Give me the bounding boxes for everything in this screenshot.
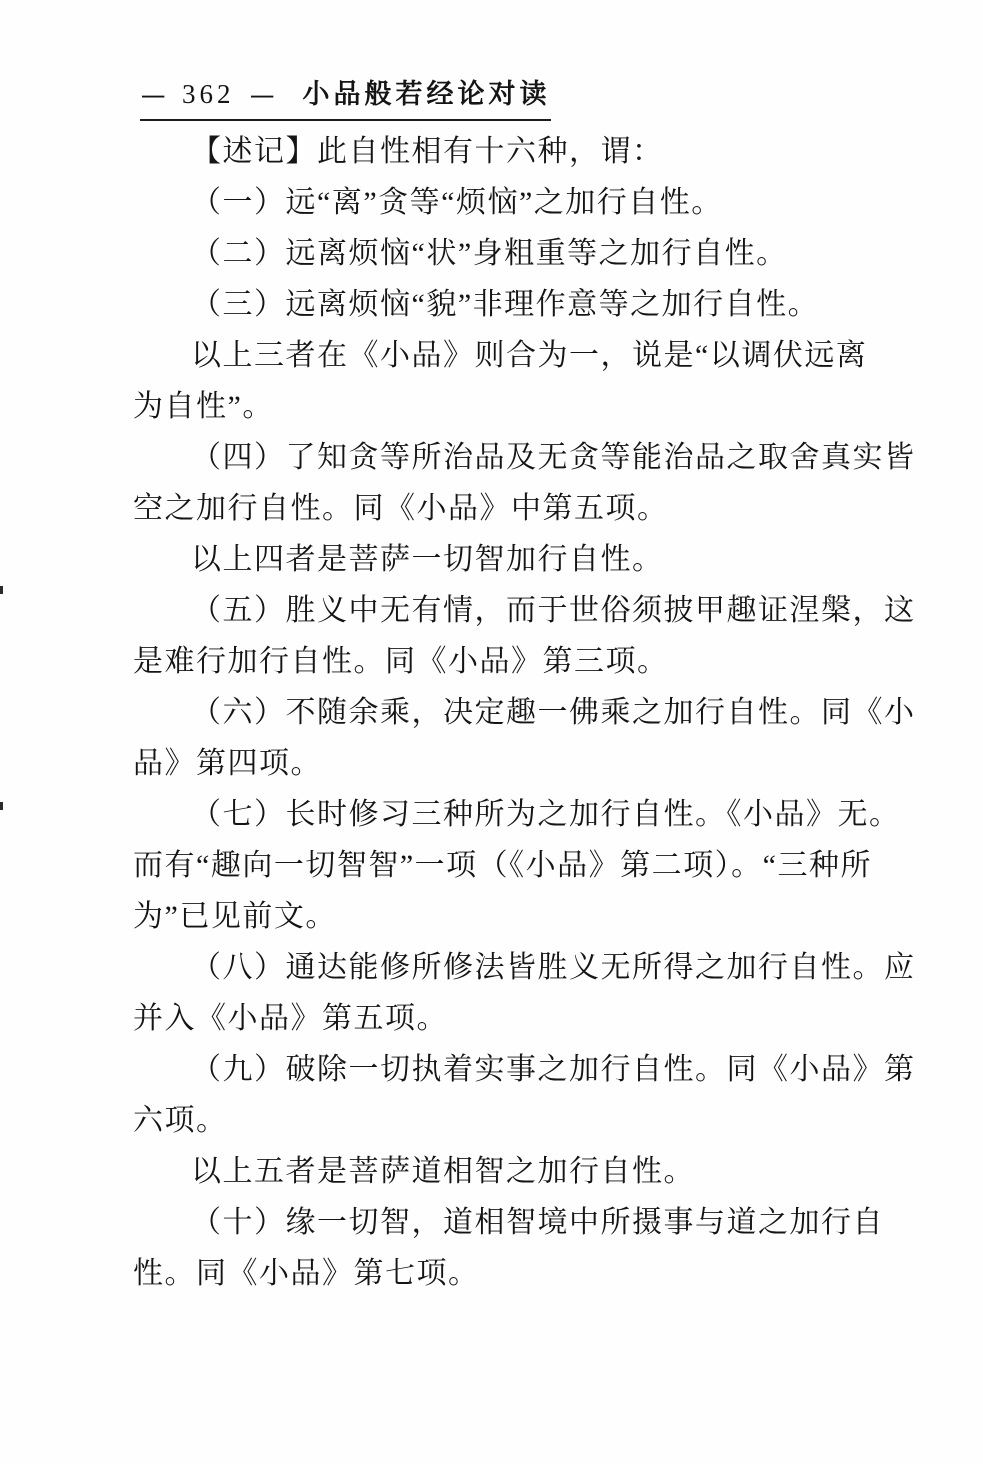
text-line: 为自性”。 (133, 381, 889, 432)
text-line: （八）通达能修所修法皆胜义无所得之加行自性。应 (133, 942, 889, 993)
header-page-number: 362 (182, 79, 235, 109)
running-header: —362—小品般若经论对读 (140, 72, 551, 121)
text-line: （九）破除一切执着实事之加行自性。同《小品》第 (133, 1044, 889, 1095)
text-line: （十）缘一切智，道相智境中所摄事与道之加行自 (133, 1197, 889, 1248)
text-line: 以上五者是菩萨道相智之加行自性。 (133, 1146, 889, 1197)
text-line: （一）远“离”贪等“烦恼”之加行自性。 (133, 177, 889, 228)
header-dash-left: — (142, 80, 166, 110)
text-line: 六项。 (133, 1095, 889, 1146)
header-dash-right: — (251, 80, 275, 110)
text-line: 并入《小品》第五项。 (133, 993, 889, 1044)
header-book-title: 小品般若经论对读 (303, 79, 551, 109)
text-line: （七）长时修习三种所为之加行自性。《小品》无。 (133, 789, 889, 840)
text-line: 以上三者在《小品》则合为一，说是“以调伏远离 (133, 330, 889, 381)
text-line: 性。同《小品》第七项。 (133, 1248, 889, 1299)
scan-artifact-speck (0, 802, 3, 810)
text-line: （二）远离烦恼“状”身粗重等之加行自性。 (133, 228, 889, 279)
text-line: 为”已见前文。 (133, 891, 889, 942)
scanned-book-page: —362—小品般若经论对读 【述记】此自性相有十六种，谓： （一）远“离”贪等“… (0, 0, 983, 1464)
text-line: 而有“趣向一切智智”一项（《小品》第二项）。“三种所 (133, 840, 889, 891)
text-line: 以上四者是菩萨一切智加行自性。 (133, 534, 889, 585)
text-line: （四）了知贪等所治品及无贪等能治品之取舍真实皆 (133, 432, 889, 483)
text-line: （五）胜义中无有情，而于世俗须披甲趣证涅槃，这 (133, 585, 889, 636)
text-line: 空之加行自性。同《小品》中第五项。 (133, 483, 889, 534)
scan-artifact-speck (0, 586, 3, 594)
text-line: 品》第四项。 (133, 738, 889, 789)
text-line: （三）远离烦恼“貌”非理作意等之加行自性。 (133, 279, 889, 330)
text-line: 是难行加行自性。同《小品》第三项。 (133, 636, 889, 687)
body-text-block: 【述记】此自性相有十六种，谓： （一）远“离”贪等“烦恼”之加行自性。 （二）远… (133, 126, 889, 1299)
text-line: 【述记】此自性相有十六种，谓： (133, 126, 889, 177)
text-line: （六）不随余乘，决定趣一佛乘之加行自性。同《小 (133, 687, 889, 738)
